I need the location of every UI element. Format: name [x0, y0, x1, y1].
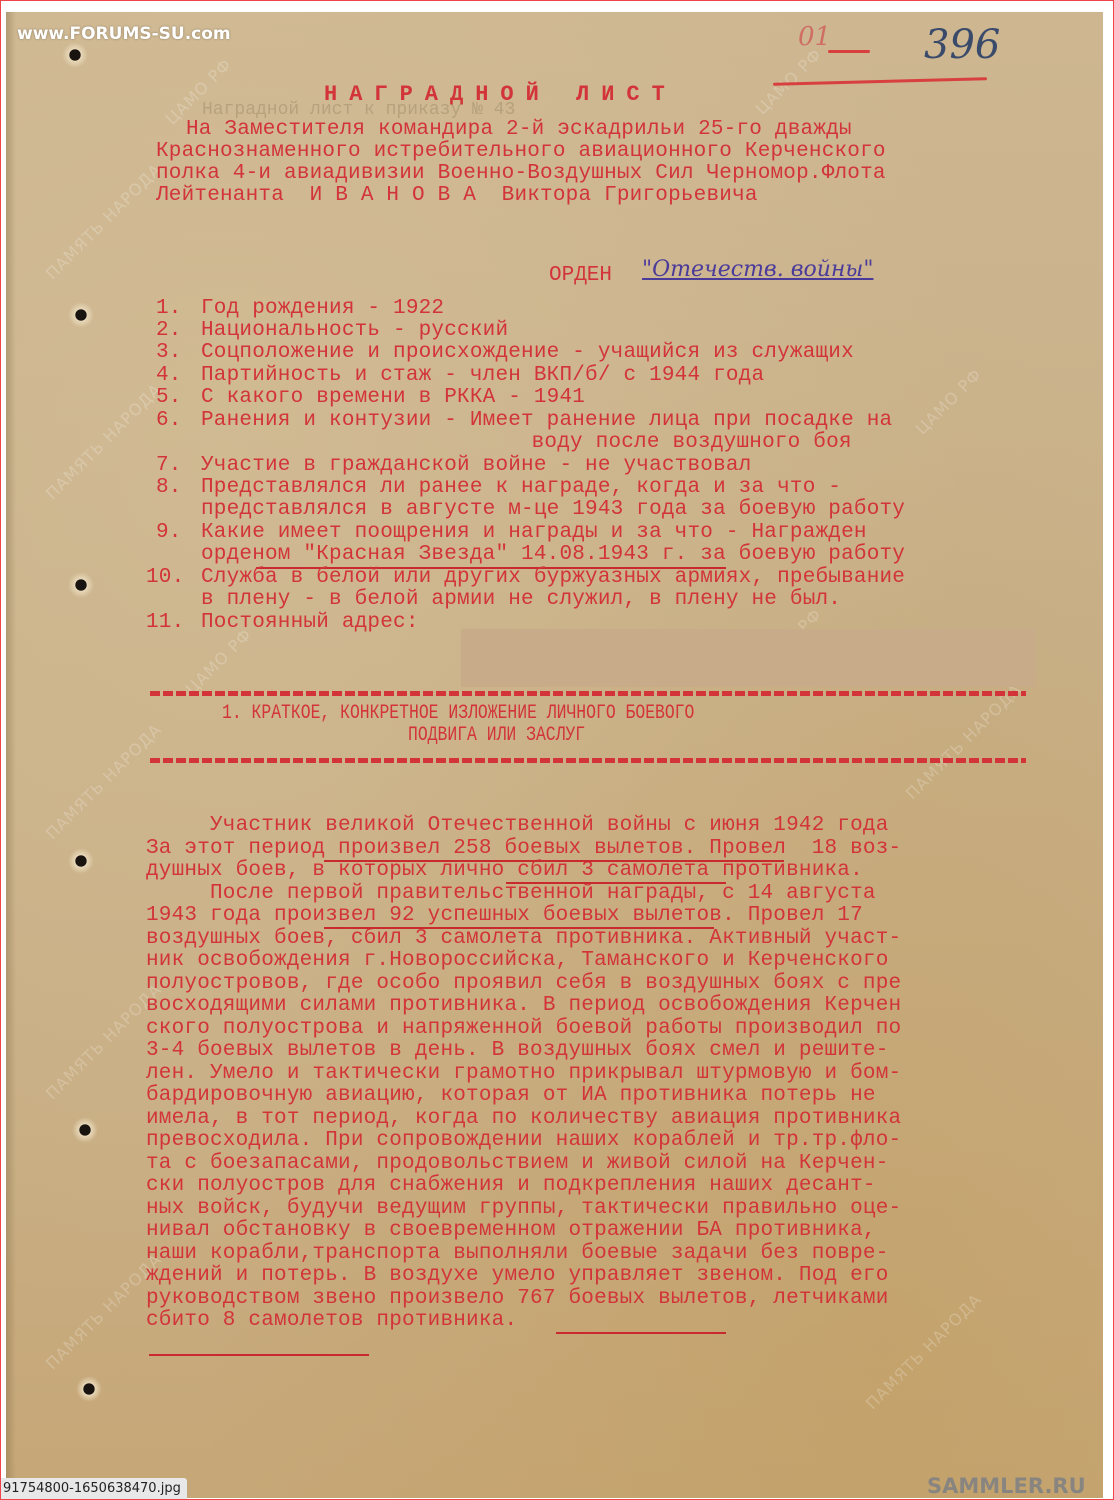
body-line: ных войск, будучи ведущим группы, тактич… — [146, 1198, 901, 1221]
question-number: 1. — [156, 298, 182, 321]
order-label: ОРДЕН — [549, 264, 612, 287]
body-line: Участник великой Отечественной войны с и… — [146, 815, 889, 838]
question-text: С какого времени в РККА - 1941 — [201, 387, 585, 410]
red-underline — [149, 1354, 369, 1356]
paper-edge-stain — [6, 12, 16, 1498]
question-text: Партийность и стаж - член ВКП/б/ с 1944 … — [201, 365, 764, 388]
body-line: полуостровов, где особо проявил себя в в… — [146, 973, 901, 996]
archive-watermark: ПАМЯТЬ НАРОДА — [42, 160, 165, 283]
archive-watermark: ПАМЯТЬ НАРОДА — [902, 680, 1025, 803]
body-line: сбито 8 самолетов противника. — [146, 1310, 517, 1333]
question-number: 4. — [156, 365, 182, 388]
question-number: 10. — [146, 567, 184, 590]
question-number: 2. — [156, 320, 182, 343]
question-text: в плену - в белой армии не служил, в пле… — [201, 589, 841, 612]
punch-hole-icon — [76, 1376, 102, 1402]
archive-watermark: ЦАМО РФ — [182, 625, 256, 699]
body-line: восходящими силами противника. В период … — [146, 995, 901, 1018]
red-underline — [324, 860, 784, 862]
body-line: ник освобождения г.Новороссийска, Таманс… — [146, 950, 889, 973]
handwritten-number: 396 — [924, 22, 1000, 68]
section-heading: 1. КРАТКОЕ, КОНКРЕТНОЕ ИЗЛОЖЕНИЕ ЛИЧНОГО… — [222, 702, 694, 725]
question-text: представлялся в августе м-це 1943 года з… — [201, 499, 905, 522]
body-line: имела, в тот период, когда по количеству… — [146, 1108, 901, 1131]
body-line: 1943 года произвел 92 успешных боевых вы… — [146, 905, 863, 928]
question-text: Служба в белой или других буржуазных арм… — [201, 567, 905, 590]
archive-watermark: ПАМЯТЬ НАРОДА — [42, 380, 165, 503]
question-number: 3. — [156, 342, 182, 365]
body-line: наши корабли,транспорта выполняли боевые… — [146, 1243, 889, 1266]
redacted-address — [461, 629, 1036, 687]
body-line: та с боезапасами, продовольствием и живо… — [146, 1153, 889, 1176]
body-line: лен. Умело и тактически грамотно прикрыв… — [146, 1063, 901, 1086]
body-line: бардировочную авиацию, которая от ИА про… — [146, 1085, 876, 1108]
question-number: 7. — [156, 455, 182, 478]
punch-hole-icon — [68, 572, 94, 598]
red-underline — [506, 882, 726, 884]
sammler-watermark: SAMMLER.RU — [927, 1474, 1086, 1498]
body-line: руководством звено произвело 767 боевых … — [146, 1288, 889, 1311]
faint-header-text: Наградной лист к приказу № 43 — [202, 100, 515, 120]
intro-line: Краснознаменного истребительного авиацио… — [156, 141, 886, 164]
archive-watermark: ЦАМО РФ — [912, 365, 986, 439]
intro-line: полка 4-и авиадивизии Военно-Воздушных С… — [156, 163, 886, 186]
forums-su-watermark: www.FORUMS-SU.com — [17, 24, 231, 44]
body-line: ждений и потерь. В воздухе умело управля… — [146, 1265, 889, 1288]
question-number: 5. — [156, 387, 182, 410]
intro-line: Лейтенанта И В А Н О В А Виктора Григорь… — [156, 185, 758, 208]
question-number: 9. — [156, 522, 182, 545]
question-text: Соцположение и происхождение - учащийся … — [201, 342, 854, 365]
question-text: Национальность - русский — [201, 320, 508, 343]
red-pencil-stroke — [828, 50, 870, 53]
body-line: ски полуостров для снабжения и подкрепле… — [146, 1175, 876, 1198]
question-number: 8. — [156, 477, 182, 500]
dashed-divider — [150, 691, 1026, 696]
intro-line: На Заместителя командира 2-й эскадрильи … — [186, 119, 852, 142]
dashed-divider — [150, 758, 1026, 763]
question-text: Ранения и контузии - Имеет ранение лица … — [201, 410, 892, 433]
handwritten-red-mark: 01 — [798, 22, 831, 52]
question-text: орденом "Красная Звезда" 14.08.1943 г. з… — [201, 544, 905, 567]
body-line: После первой правительственной награды, … — [146, 883, 876, 906]
punch-hole-icon — [68, 848, 94, 874]
question-text: Представлялся ли ранее к награде, когда … — [201, 477, 841, 500]
body-line: ского полуострова и напряженной боевой р… — [146, 1018, 901, 1041]
question-text: Постоянный адрес: — [201, 612, 419, 635]
order-handwritten: "Отечеств. войны" — [642, 257, 873, 282]
section-heading: ПОДВИГА ИЛИ ЗАСЛУГ — [408, 724, 585, 747]
document-page: ЦАМО РФ ЦАМО РФ ПАМЯТЬ НАРОДА ЦАМО РФ ПА… — [6, 12, 1103, 1498]
body-line: превосходила. При сопровождении наших ко… — [146, 1130, 901, 1153]
question-number: 6. — [156, 410, 182, 433]
question-number: 11. — [146, 612, 184, 635]
punch-hole-icon — [68, 302, 94, 328]
punch-hole-icon — [62, 42, 88, 68]
body-line: 3-4 боевых вылетов в день. В воздушных б… — [146, 1040, 889, 1063]
red-underline — [556, 1332, 726, 1334]
question-text: воду после воздушного боя — [314, 432, 852, 455]
filename-label: 91754800-1650638470.jpg — [1, 1478, 187, 1499]
punch-hole-icon — [72, 1117, 98, 1143]
viewer-margin — [1103, 12, 1113, 1498]
body-line: душных боев, в которых лично сбил 3 само… — [146, 860, 863, 883]
body-line: воздушных боев, сбил 3 самолета противни… — [146, 928, 901, 951]
question-text: Год рождения - 1922 — [201, 298, 444, 321]
body-line: За этот период произвел 258 боевых вылет… — [146, 838, 901, 861]
body-line: нивал обстановку в своевременном отражен… — [146, 1220, 876, 1243]
question-text: Какие имеет поощрения и награды и за что… — [201, 522, 867, 545]
red-underline — [324, 927, 714, 929]
red-pencil-stroke — [773, 77, 987, 86]
question-text: Участие в гражданской войне - не участво… — [201, 455, 752, 478]
